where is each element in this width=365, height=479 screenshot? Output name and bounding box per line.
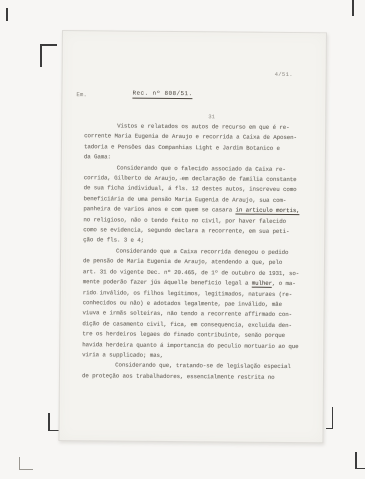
crop-mark-lower-left-vertical bbox=[48, 413, 50, 431]
text-segment: de pensão de Maria Eugenia de Araujo, at… bbox=[83, 257, 282, 266]
underlined-text-segment: mulher bbox=[252, 280, 272, 288]
crop-mark-corner-lower-right-vertical bbox=[355, 452, 357, 469]
text-segment: viria a supplicado; mas, bbox=[82, 351, 163, 359]
text-segment: rido inválido, os filhos legítimos, legi… bbox=[83, 289, 293, 298]
text-segment: Considerando que a Caixa recorrida deneg… bbox=[116, 247, 288, 256]
text-segment: , o ma- bbox=[272, 280, 296, 287]
text-segment: no religioso, não o tendo feito no civil… bbox=[83, 216, 286, 225]
text-segment: de sua ficha individual, á fls. 12 deste… bbox=[84, 185, 297, 194]
crop-mark-lower-right-horizontal bbox=[326, 428, 333, 430]
text-segment: viuva e irmãs solteiras, não tendo a rec… bbox=[83, 310, 293, 319]
text-segment: da Gama: bbox=[84, 153, 111, 160]
crop-mark-outer-lower-left-horizontal bbox=[19, 469, 33, 470]
text-segment: corrida, Gilberto de Araujo, em declaraç… bbox=[84, 174, 297, 183]
crop-mark-upper-left-vertical bbox=[40, 44, 42, 67]
corner-annotation: 4/51. bbox=[275, 71, 293, 78]
document-page: 4/51. Em. Rec. nº 808/51. 31 Vistos e re… bbox=[58, 30, 327, 443]
text-segment: tadoria e Pensões das Companhias Light e… bbox=[84, 143, 280, 152]
text-segment: como se evidencia, segundo declara a rec… bbox=[83, 226, 289, 235]
document-body-text: Vistos e relatados os autos de recurso e… bbox=[82, 121, 308, 383]
text-segment: corrente Maria Eugenia de Araujo e recor… bbox=[84, 133, 297, 142]
page-number: 31 bbox=[208, 113, 215, 120]
text-segment: beneficiária de uma pensão Maria Eugenia… bbox=[83, 195, 286, 204]
crop-mark-lower-right-vertical bbox=[332, 407, 334, 429]
crop-mark-corner-lower-right-horizontal bbox=[355, 468, 365, 470]
text-segment: Vistos e relatados os autos de recurso e… bbox=[117, 122, 289, 131]
paper-speck bbox=[180, 178, 182, 180]
text-segment: Considerando que, tratando-se de legisla… bbox=[115, 362, 291, 371]
text-segment: de proteção aos trabalhadores, essencial… bbox=[82, 372, 275, 381]
tick-mark-top-left bbox=[6, 8, 8, 21]
text-line: de proteção aos trabalhadores, essencial… bbox=[82, 371, 306, 383]
text-segment: havida herdeira quanto á importancia do … bbox=[82, 341, 298, 350]
tick-mark-top-right bbox=[352, 0, 354, 16]
text-line: tadoria e Pensões das Companhias Light e… bbox=[84, 142, 308, 154]
text-segment: art. 31 do vigente Dec. nº 20.465, de 1º… bbox=[83, 268, 299, 277]
text-segment: tre os herdeiros legaes do finado contri… bbox=[82, 330, 285, 339]
document-number-heading: Rec. nº 808/51. bbox=[132, 90, 192, 99]
text-segment: mente poderão fazer jús áquelle benefici… bbox=[83, 278, 252, 286]
text-segment: panheira de varios anos e com quem se ca… bbox=[83, 205, 235, 213]
text-segment: Considerando que o falecido associado da… bbox=[117, 164, 286, 172]
text-segment: conhecidos ou não) e adotados legalmente… bbox=[83, 299, 282, 308]
margin-label: Em. bbox=[76, 91, 86, 98]
text-segment: dição de casamento civil, fica, em conse… bbox=[82, 320, 292, 329]
text-segment: ção de fls. 3 e 4; bbox=[83, 237, 144, 245]
crop-mark-upper-left-horizontal bbox=[40, 44, 57, 46]
scanned-document-photo: { "colors":{ "ink":"#6f6b64", "ink_dark"… bbox=[0, 0, 365, 479]
underlined-text-segment: in articulo mortis, bbox=[235, 207, 299, 216]
